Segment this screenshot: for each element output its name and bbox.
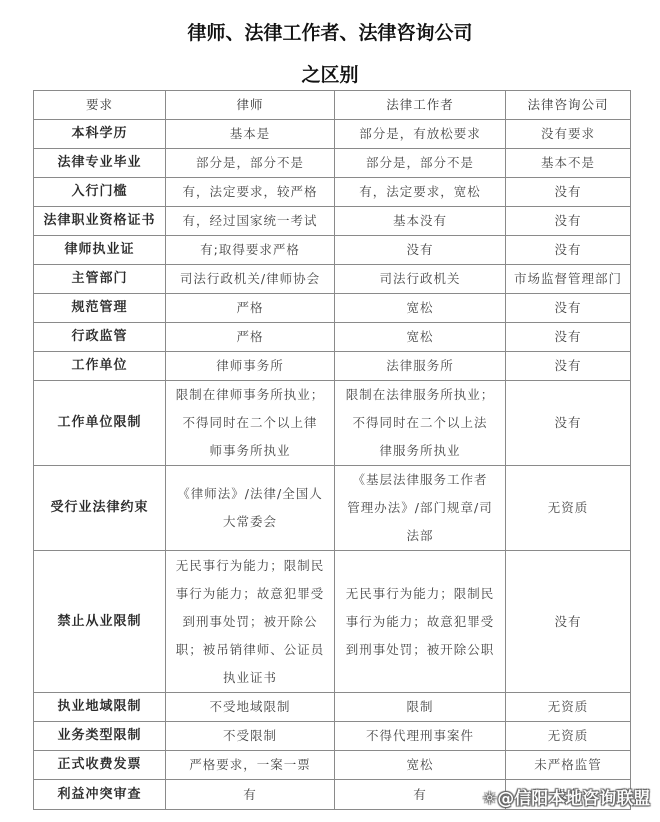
cell-line: 有;取得要求严格 bbox=[170, 236, 330, 264]
cell-line: 大常委会 bbox=[170, 508, 330, 536]
cell-line: 部分是，部分不是 bbox=[339, 149, 501, 177]
requirement-cell: 主管部门 bbox=[34, 265, 166, 294]
requirement-cell: 规范管理 bbox=[34, 294, 166, 323]
header-legal-worker: 法律工作者 bbox=[335, 91, 506, 120]
requirement-cell: 禁止从业限制 bbox=[34, 551, 166, 693]
worker-cell: 部分是，部分不是 bbox=[335, 149, 506, 178]
table-row: 正式收费发票严格要求，一案一票宽松未严格监管 bbox=[34, 751, 631, 780]
cell-line: 严格 bbox=[170, 294, 330, 322]
cell-line: 宽松 bbox=[339, 751, 501, 779]
cell-line: 基本不是 bbox=[510, 149, 626, 177]
cell-line: 没有要求 bbox=[510, 120, 626, 148]
cell-line: 事行为能力；故意犯罪受 bbox=[170, 580, 330, 608]
cell-line: 严格 bbox=[170, 323, 330, 351]
cell-line: 没有 bbox=[510, 409, 626, 437]
cell-line: 没有 bbox=[510, 323, 626, 351]
cell-line: 没有 bbox=[510, 352, 626, 380]
lawyer-cell: 《律师法》/法律/全国人大常委会 bbox=[166, 466, 335, 551]
header-lawyer: 律师 bbox=[166, 91, 335, 120]
requirement-cell: 业务类型限制 bbox=[34, 722, 166, 751]
cell-line: 师事务所执业 bbox=[170, 437, 330, 465]
cell-line: 法律服务所 bbox=[339, 352, 501, 380]
worker-cell: 法律服务所 bbox=[335, 352, 506, 381]
lawyer-cell: 基本是 bbox=[166, 120, 335, 149]
cell-line: 有，经过国家统一考试 bbox=[170, 207, 330, 235]
worker-cell: 有 bbox=[335, 780, 506, 810]
cell-line: 职；被吊销律师、公证员 bbox=[170, 636, 330, 664]
lawyer-cell: 不受限制 bbox=[166, 722, 335, 751]
cell-line: 严格要求，一案一票 bbox=[170, 751, 330, 779]
requirement-cell: 正式收费发票 bbox=[34, 751, 166, 780]
company-cell: 没有 bbox=[506, 381, 631, 466]
company-cell: 没有 bbox=[506, 294, 631, 323]
requirement-cell: 利益冲突审查 bbox=[34, 780, 166, 810]
header-requirement: 要求 bbox=[34, 91, 166, 120]
lawyer-cell: 司法行政机关/律师协会 bbox=[166, 265, 335, 294]
lawyer-cell: 不受地域限制 bbox=[166, 693, 335, 722]
cell-line: 司法行政机关 bbox=[339, 265, 501, 293]
cell-line: 宽松 bbox=[339, 294, 501, 322]
cell-line: 没有 bbox=[510, 178, 626, 206]
table-row: 工作单位限制限制在律师事务所执业；不得同时在二个以上律师事务所执业限制在法律服务… bbox=[34, 381, 631, 466]
worker-cell: 限制 bbox=[335, 693, 506, 722]
lawyer-cell: 无民事行为能力；限制民事行为能力；故意犯罪受到刑事处罚；被开除公职；被吊销律师、… bbox=[166, 551, 335, 693]
company-cell: 未严格监管 bbox=[506, 751, 631, 780]
requirement-cell: 入行门槛 bbox=[34, 178, 166, 207]
cell-line: 不受限制 bbox=[170, 722, 330, 750]
cell-line: 有 bbox=[339, 781, 501, 809]
table-row: 律师执业证有;取得要求严格没有没有 bbox=[34, 236, 631, 265]
document-title: 律师、法律工作者、法律咨询公司 bbox=[0, 18, 660, 45]
cell-line: 限制 bbox=[339, 693, 501, 721]
worker-cell: 宽松 bbox=[335, 294, 506, 323]
cell-line: 《基层法律服务工作者 bbox=[339, 466, 501, 494]
cell-line: 基本是 bbox=[170, 120, 330, 148]
company-cell: 没有 bbox=[506, 551, 631, 693]
company-cell: 没有 bbox=[506, 178, 631, 207]
worker-cell: 部分是，有放松要求 bbox=[335, 120, 506, 149]
cell-line: 《律师法》/法律/全国人 bbox=[170, 480, 330, 508]
worker-cell: 没有 bbox=[335, 236, 506, 265]
cell-line: 未严格监管 bbox=[510, 751, 626, 779]
company-cell: 没有 bbox=[506, 323, 631, 352]
table-row: 法律专业毕业部分是，部分不是部分是，部分不是基本不是 bbox=[34, 149, 631, 178]
company-cell: 无资质 bbox=[506, 722, 631, 751]
cell-line: 没有 bbox=[510, 236, 626, 264]
company-cell: 无资质 bbox=[506, 693, 631, 722]
company-cell: 基本不是 bbox=[506, 149, 631, 178]
table-row: 主管部门司法行政机关/律师协会司法行政机关市场监督管理部门 bbox=[34, 265, 631, 294]
cell-line: 有，法定要求，较严格 bbox=[170, 178, 330, 206]
header-legal-consulting-company: 法律咨询公司 bbox=[506, 91, 631, 120]
table-row: 工作单位律师事务所法律服务所没有 bbox=[34, 352, 631, 381]
requirement-cell: 法律职业资格证书 bbox=[34, 207, 166, 236]
cell-line: 部分是，有放松要求 bbox=[339, 120, 501, 148]
lawyer-cell: 有 bbox=[166, 780, 335, 810]
cell-line: 限制在法律服务所执业； bbox=[339, 381, 501, 409]
cell-line: 事行为能力；故意犯罪受 bbox=[339, 608, 501, 636]
cell-line: 无资质 bbox=[510, 693, 626, 721]
cell-line: 管理办法》/部门规章/司 bbox=[339, 494, 501, 522]
table-row: 法律职业资格证书有，经过国家统一考试基本没有没有 bbox=[34, 207, 631, 236]
worker-cell: 不得代理刑事案件 bbox=[335, 722, 506, 751]
requirement-cell: 本科学历 bbox=[34, 120, 166, 149]
table-row: 执业地域限制不受地域限制限制无资质 bbox=[34, 693, 631, 722]
cell-line: 执业证书 bbox=[170, 664, 330, 692]
cell-line: 到刑事处罚；被开除公 bbox=[170, 608, 330, 636]
worker-cell: 限制在法律服务所执业；不得同时在二个以上法律服务所执业 bbox=[335, 381, 506, 466]
worker-cell: 基本没有 bbox=[335, 207, 506, 236]
worker-cell: 宽松 bbox=[335, 751, 506, 780]
lawyer-cell: 严格要求，一案一票 bbox=[166, 751, 335, 780]
cell-line: 无资质 bbox=[510, 722, 626, 750]
lawyer-cell: 部分是，部分不是 bbox=[166, 149, 335, 178]
cell-line: 不得同时在二个以上法 bbox=[339, 409, 501, 437]
cell-line: 宽松 bbox=[339, 323, 501, 351]
cell-line: 法部 bbox=[339, 522, 501, 550]
company-cell: 没有 bbox=[506, 236, 631, 265]
watermark: ☼@信阳本地咨询联盟 bbox=[482, 784, 650, 809]
cell-line: 没有 bbox=[510, 207, 626, 235]
lawyer-cell: 律师事务所 bbox=[166, 352, 335, 381]
comparison-table: 要求 律师 法律工作者 法律咨询公司 本科学历基本是部分是，有放松要求没有要求法… bbox=[33, 90, 631, 810]
table-row: 行政监管严格宽松没有 bbox=[34, 323, 631, 352]
cell-line: 没有 bbox=[339, 236, 501, 264]
worker-cell: 司法行政机关 bbox=[335, 265, 506, 294]
cell-line: 没有 bbox=[510, 608, 626, 636]
table-body: 本科学历基本是部分是，有放松要求没有要求法律专业毕业部分是，部分不是部分是，部分… bbox=[34, 120, 631, 810]
table-row: 禁止从业限制无民事行为能力；限制民事行为能力；故意犯罪受到刑事处罚；被开除公职；… bbox=[34, 551, 631, 693]
requirement-cell: 工作单位 bbox=[34, 352, 166, 381]
cell-line: 没有 bbox=[510, 294, 626, 322]
cell-line: 部分是，部分不是 bbox=[170, 149, 330, 177]
worker-cell: 宽松 bbox=[335, 323, 506, 352]
cell-line: 无民事行为能力；限制民 bbox=[339, 580, 501, 608]
cell-line: 律师事务所 bbox=[170, 352, 330, 380]
company-cell: 无资质 bbox=[506, 466, 631, 551]
requirement-cell: 行政监管 bbox=[34, 323, 166, 352]
document-subtitle: 之区别 bbox=[0, 60, 660, 87]
cell-line: 基本没有 bbox=[339, 207, 501, 235]
requirement-cell: 执业地域限制 bbox=[34, 693, 166, 722]
worker-cell: 《基层法律服务工作者管理办法》/部门规章/司法部 bbox=[335, 466, 506, 551]
requirement-cell: 法律专业毕业 bbox=[34, 149, 166, 178]
company-cell: 没有要求 bbox=[506, 120, 631, 149]
cell-line: 不得代理刑事案件 bbox=[339, 722, 501, 750]
cell-line: 到刑事处罚；被开除公职 bbox=[339, 636, 501, 664]
company-cell: 市场监督管理部门 bbox=[506, 265, 631, 294]
cell-line: 不得同时在二个以上律 bbox=[170, 409, 330, 437]
table-row: 业务类型限制不受限制不得代理刑事案件无资质 bbox=[34, 722, 631, 751]
lawyer-cell: 有，经过国家统一考试 bbox=[166, 207, 335, 236]
lawyer-cell: 有;取得要求严格 bbox=[166, 236, 335, 265]
cell-line: 律服务所执业 bbox=[339, 437, 501, 465]
lawyer-cell: 严格 bbox=[166, 323, 335, 352]
requirement-cell: 律师执业证 bbox=[34, 236, 166, 265]
lawyer-cell: 有，法定要求，较严格 bbox=[166, 178, 335, 207]
requirement-cell: 工作单位限制 bbox=[34, 381, 166, 466]
cell-line: 有 bbox=[170, 781, 330, 809]
cell-line: 司法行政机关/律师协会 bbox=[170, 265, 330, 293]
cell-line: 有，法定要求，宽松 bbox=[339, 178, 501, 206]
worker-cell: 无民事行为能力；限制民事行为能力；故意犯罪受到刑事处罚；被开除公职 bbox=[335, 551, 506, 693]
table-header-row: 要求 律师 法律工作者 法律咨询公司 bbox=[34, 91, 631, 120]
table-row: 受行业法律约束《律师法》/法律/全国人大常委会《基层法律服务工作者管理办法》/部… bbox=[34, 466, 631, 551]
table-row: 规范管理严格宽松没有 bbox=[34, 294, 631, 323]
cell-line: 无资质 bbox=[510, 494, 626, 522]
cell-line: 无民事行为能力；限制民 bbox=[170, 552, 330, 580]
lawyer-cell: 严格 bbox=[166, 294, 335, 323]
company-cell: 没有 bbox=[506, 207, 631, 236]
worker-cell: 有，法定要求，宽松 bbox=[335, 178, 506, 207]
cell-line: 市场监督管理部门 bbox=[510, 265, 626, 293]
table-row: 本科学历基本是部分是，有放松要求没有要求 bbox=[34, 120, 631, 149]
company-cell: 没有 bbox=[506, 352, 631, 381]
requirement-cell: 受行业法律约束 bbox=[34, 466, 166, 551]
cell-line: 不受地域限制 bbox=[170, 693, 330, 721]
lawyer-cell: 限制在律师事务所执业；不得同时在二个以上律师事务所执业 bbox=[166, 381, 335, 466]
table-row: 入行门槛有，法定要求，较严格有，法定要求，宽松没有 bbox=[34, 178, 631, 207]
cell-line: 限制在律师事务所执业； bbox=[170, 381, 330, 409]
